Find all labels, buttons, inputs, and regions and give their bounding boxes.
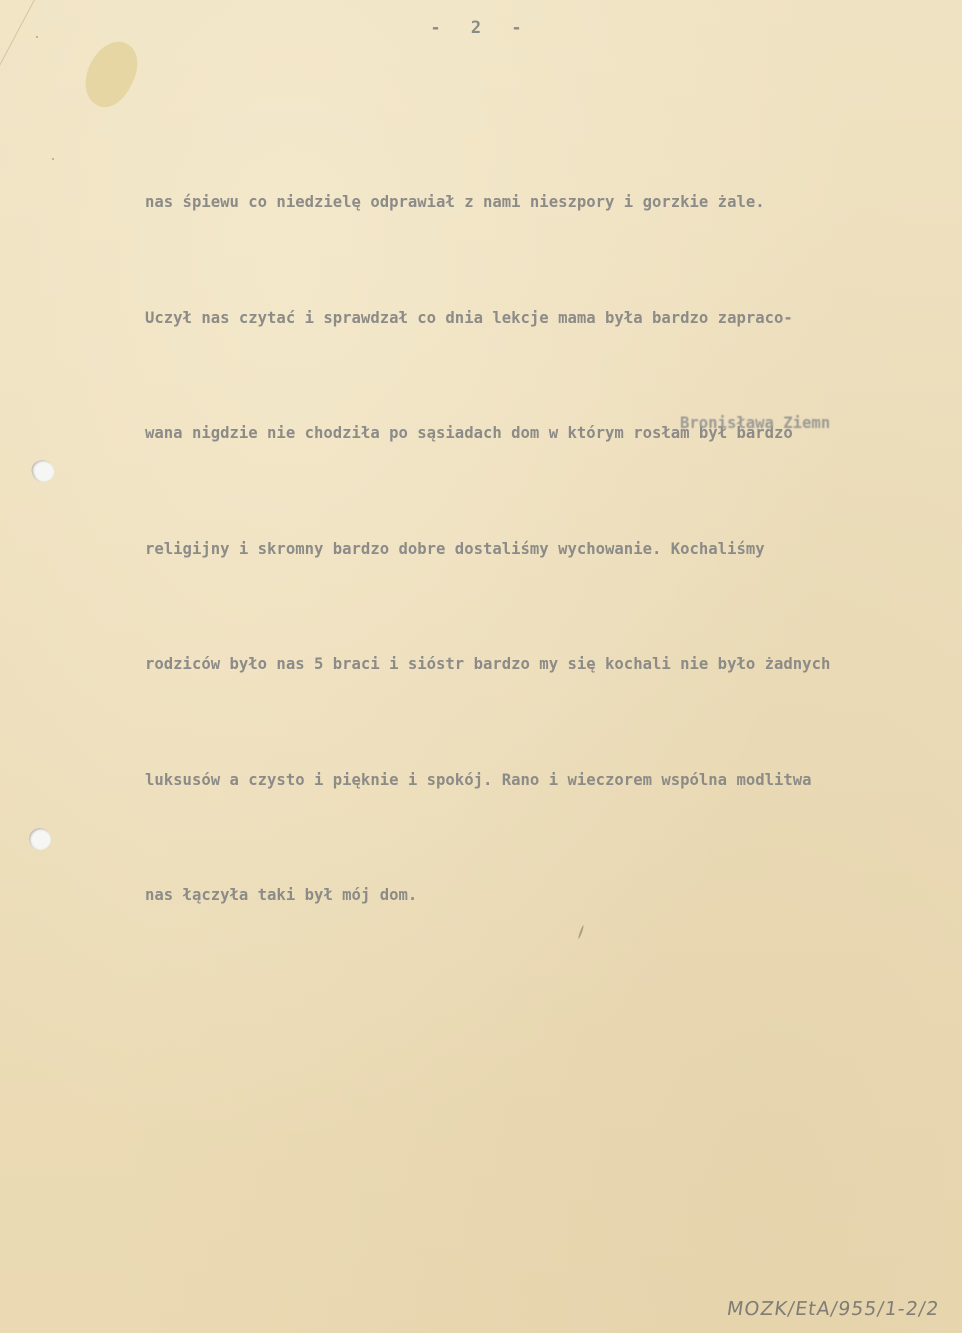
punch-hole-bottom <box>29 828 51 850</box>
body-line-3: wana nigdzie nie chodziła po sąsiadach d… <box>145 414 962 453</box>
body-line-1: nas śpiewu co niedzielę odprawiał z nami… <box>145 183 962 222</box>
paper-speck <box>52 158 54 160</box>
body-line-7: nas łączyła taki był mój dom. <box>145 876 962 915</box>
letter-body: nas śpiewu co niedzielę odprawiał z nami… <box>145 106 962 953</box>
body-line-4: religijny i skromny bardzo dobre dostali… <box>145 530 962 569</box>
typed-signature: Bronisława Ziemn <box>680 414 830 432</box>
punch-hole-top <box>29 457 57 485</box>
body-line-2: Uczył nas czytać i sprawdzał co dnia lek… <box>145 299 962 338</box>
page-number: - 2 - <box>0 18 962 38</box>
paper-stain <box>75 33 148 115</box>
body-line-5: rodziców było nas 5 braci i sióstr bardz… <box>145 645 962 684</box>
archive-reference-handwritten: MOZK/EtA/955/1-2/2 <box>725 1298 940 1320</box>
body-line-6: luksusów a czysto i pięknie i spokój. Ra… <box>145 761 962 800</box>
